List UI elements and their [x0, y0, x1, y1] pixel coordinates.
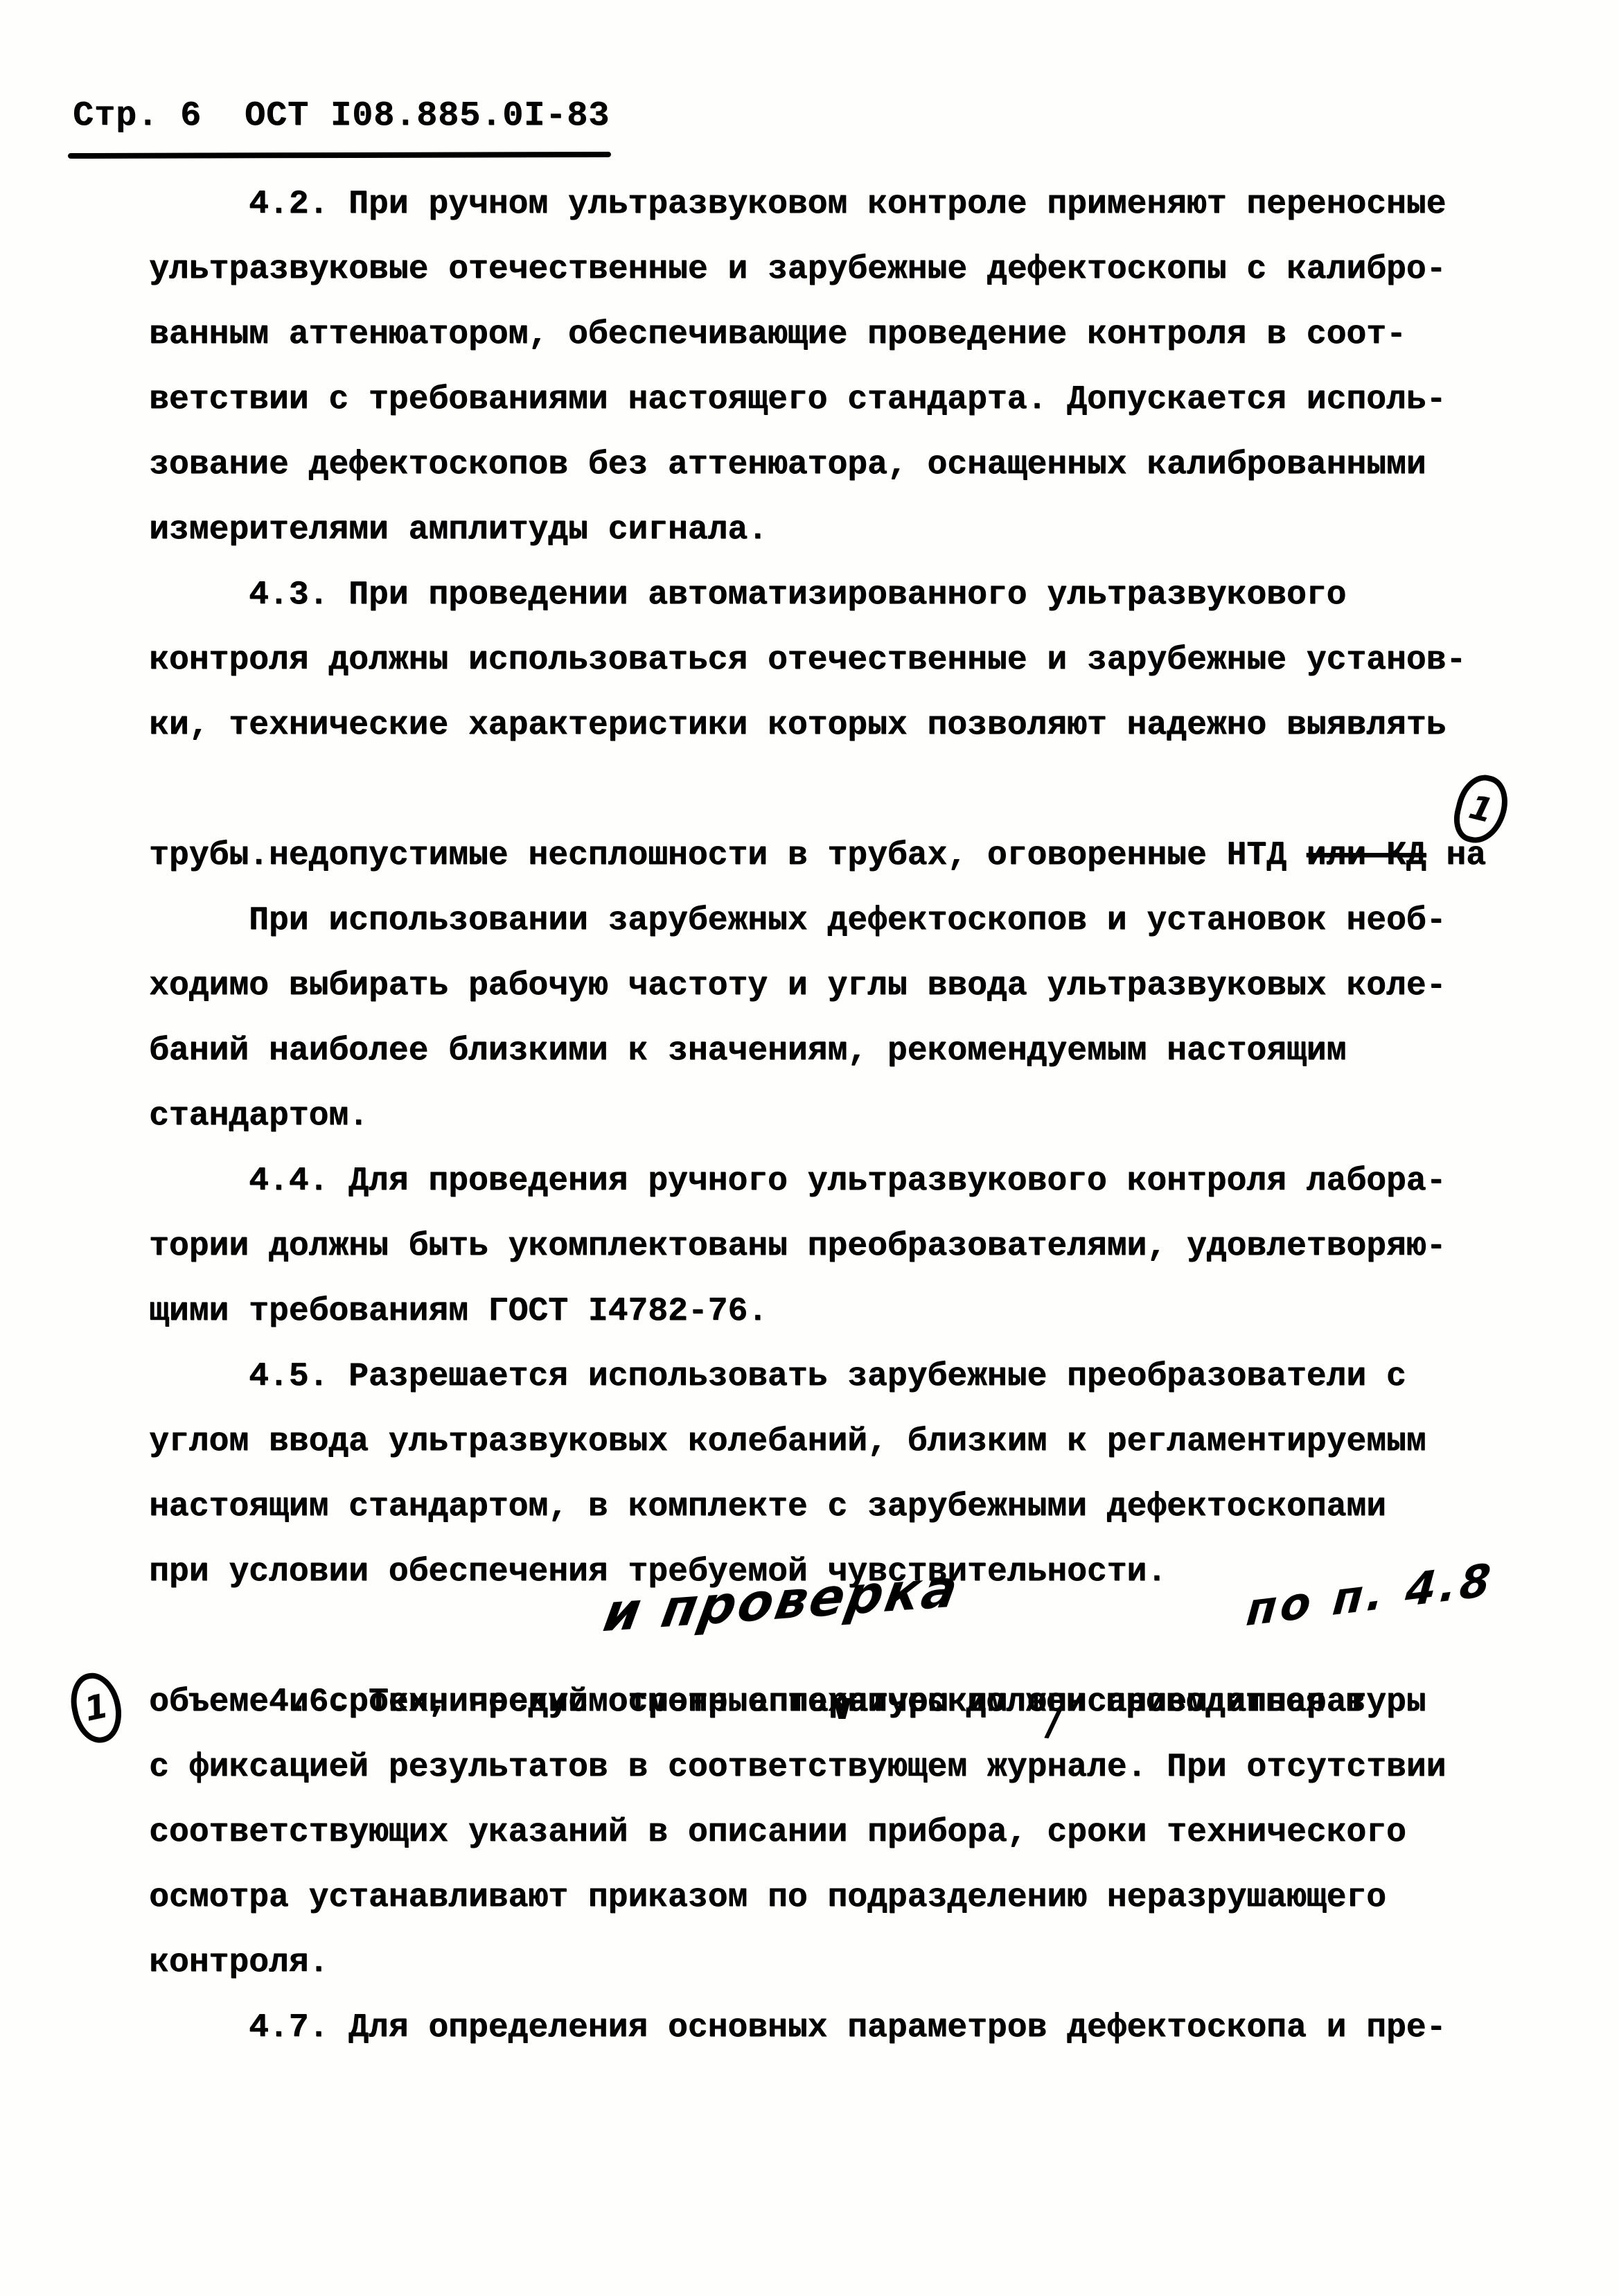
text-line: объеме и сроки, предусмотренные техничес… — [149, 1670, 1541, 1735]
text-line: ванным аттенюатором, обеспечивающие пров… — [149, 302, 1541, 367]
document-body: 4.2. При ручном ультразвуковом контроле … — [149, 172, 1541, 2060]
text-line: ветствии с требованиями настоящего станд… — [149, 367, 1541, 432]
text-line: зование дефектоскопов без аттенюатора, о… — [149, 432, 1541, 497]
text-line: тории должны быть укомплектованы преобра… — [149, 1214, 1541, 1279]
text-line: недопустимые несплошности в трубах, огов… — [149, 758, 1541, 823]
text-line: осмотра устанавливают приказом по подраз… — [149, 1865, 1541, 1930]
text-line: 4.4. Для проведения ручного ультразвуков… — [149, 1149, 1541, 1214]
text-line: При использовании зарубежных дефектоскоп… — [149, 888, 1541, 953]
margin-revision-mark-circle: 1 — [65, 1668, 127, 1747]
text-line: стандартом. — [149, 1084, 1541, 1149]
text-line: ходимо выбирать рабочую частоту и углы в… — [149, 953, 1541, 1018]
text-line: трубы. — [149, 823, 1541, 888]
text-line: углом ввода ультразвуковых колебаний, бл… — [149, 1409, 1541, 1474]
margin-revision-number: 1 — [81, 1686, 112, 1729]
text-line: соответствующих указаний в описании приб… — [149, 1800, 1541, 1865]
header-underline — [68, 152, 611, 159]
text-line: 4.3. При проведении автоматизированного … — [149, 563, 1541, 628]
text-line: 4.5. Разрешается использовать зарубежные… — [149, 1344, 1541, 1409]
text-line: ультразвуковые отечественные и зарубежны… — [149, 237, 1541, 302]
text-line: контроля должны использоваться отечестве… — [149, 628, 1541, 693]
scanned-document-page: Стр. 6 ОСТ I08.885.0I-83 4.2. При ручном… — [0, 0, 1619, 2296]
text-line: 4.2. При ручном ультразвуковом контроле … — [149, 172, 1541, 237]
text-line: щими требованиям ГОСТ I4782-76. — [149, 1279, 1541, 1344]
text-line: измерителями амплитуды сигнала. — [149, 497, 1541, 563]
text-line: контроля. — [149, 1930, 1541, 1995]
text-line: настоящим стандартом, в комплекте с зару… — [149, 1474, 1541, 1539]
margin-revision-number: 1 — [1465, 788, 1497, 831]
text-line: с фиксацией результатов в соответствующе… — [149, 1735, 1541, 1800]
text-line: ки, технические характеристики которых п… — [149, 693, 1541, 758]
page-header: Стр. 6 ОСТ I08.885.0I-83 — [73, 94, 610, 139]
text-line: баний наиболее близкими к значениям, рек… — [149, 1018, 1541, 1084]
text-line: 4.7. Для определения основных параметров… — [149, 1995, 1541, 2060]
